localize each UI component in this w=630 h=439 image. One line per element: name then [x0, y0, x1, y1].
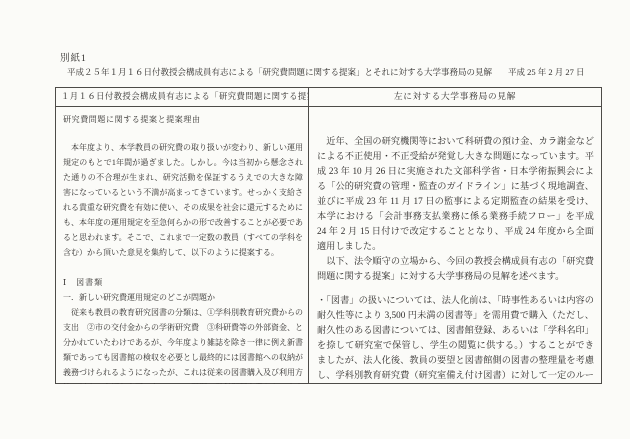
- response-books-paragraph: ・「図書」の扱いについては、法人化前は、「時事性あるいは内容の耐久性等により 3…: [317, 293, 594, 384]
- response-background-paragraph: 近年、全国の研究機関等において科研費の預け金、カラ謝金などによる不正使用・不正受…: [317, 134, 594, 254]
- document-title: 平成２５年１月１６日付教授会構成員有志による「研究費問題に関する提案」とそれに対…: [67, 66, 492, 78]
- proposal-books-paragraph: 従来も教員の教育研究図書の分類は、①学科別教育研究費からの支出 ②市の交付金から…: [63, 305, 303, 384]
- document-date: 平成 25 年 2 月 27 日: [508, 66, 585, 78]
- table-header-proposal-column: １月１６日付教授会構成員有志による「研究費問題に関する提案」: [56, 88, 309, 106]
- response-cell: 近年、全国の研究機関等において科研費の預け金、カラ謝金などによる不正使用・不正受…: [309, 107, 601, 384]
- response-position-paragraph: 以下、法令順守の立場から、今回の教授会構成員有志の「研究費問題に関する提案」に対…: [317, 254, 594, 284]
- document-title-row: 平成２５年１月１６日付教授会構成員有志による「研究費問題に関する提案」とそれに対…: [67, 66, 615, 78]
- proposal-comparison-table: １月１６日付教授会構成員有志による「研究費問題に関する提案」 左に対する大学事務…: [55, 87, 602, 384]
- section-heading-books: Ⅰ 図書類: [63, 275, 303, 290]
- table-header-row: １月１６日付教授会構成員有志による「研究費問題に関する提案」 左に対する大学事務…: [56, 88, 601, 107]
- proposal-intro-paragraph: 本年度より、本学教員の研究費の取り扱いが変わり、新しい運用規定のもとで1年間が過…: [63, 140, 303, 260]
- proposal-cell: 研究費問題に関する提案と提案理由 本年度より、本学教員の研究費の取り扱いが変わり…: [56, 107, 309, 384]
- proposal-cell-heading: 研究費問題に関する提案と提案理由: [63, 112, 303, 127]
- subsection-heading-regulation-issue: 一．新しい研究費運用規定のどこが問題か: [63, 290, 303, 305]
- attachment-label: 別紙1: [60, 50, 87, 64]
- table-body-row: 研究費問題に関する提案と提案理由 本年度より、本学教員の研究費の取り扱いが変わり…: [56, 107, 601, 384]
- table-header-response-column: 左に対する大学事務局の見解: [309, 88, 601, 106]
